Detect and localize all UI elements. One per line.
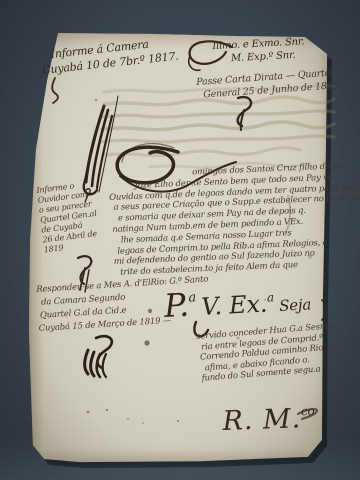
petition-sup-a: a <box>188 290 196 305</box>
secretary-initials-signature: R. M.co <box>222 403 315 437</box>
grant-paragraph: servido conceder Hua G.a Sesma- ria entr… <box>196 321 339 385</box>
petition-p: P. <box>163 286 190 325</box>
petition-seja: Seja <box>279 295 312 315</box>
signature-superscript: co <box>301 404 315 418</box>
body-text: omingos dos Santos Cruz filho de Joz. Jo… <box>108 160 360 278</box>
petition-vexa: V. Ex. <box>201 290 268 321</box>
left-margin-note: Informe o Ouvidor com o seu parecer Quar… <box>36 179 101 255</box>
petition-formula: P.a V. Ex.a Seja <box>163 279 312 325</box>
manuscript-photo: Informe á Camera Cuyabá 10 de 7br.º 1817… <box>0 0 360 480</box>
petition-sup-a2: a <box>267 290 275 304</box>
signature-initials: R. M. <box>222 403 302 437</box>
